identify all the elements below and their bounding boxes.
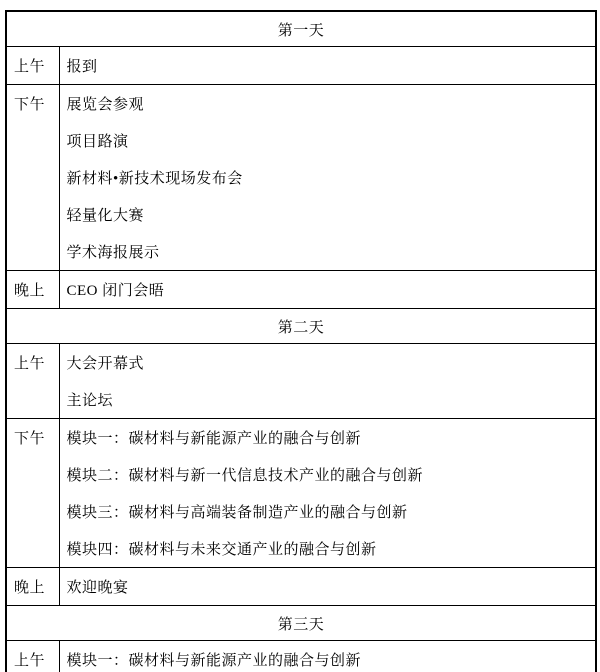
items-cell: 展览会参观项目路演新材料•新技术现场发布会轻量化大赛学术海报展示 [59, 85, 596, 271]
schedule-row: 上午报到 [6, 47, 596, 85]
day-header-row: 第一天 [6, 11, 596, 47]
items-cell: 模块一：碳材料与新能源产业的融合与创新 [59, 641, 596, 672]
schedule-item: 模块一：碳材料与新能源产业的融合与创新 [60, 419, 596, 456]
time-label: 上午 [7, 344, 59, 381]
time-cell: 上午 [6, 47, 59, 85]
schedule-row: 下午展览会参观项目路演新材料•新技术现场发布会轻量化大赛学术海报展示 [6, 85, 596, 271]
schedule-row: 晚上欢迎晚宴 [6, 568, 596, 606]
items-cell: 大会开幕式主论坛 [59, 344, 596, 419]
schedule-item: 欢迎晚宴 [60, 568, 596, 605]
schedule-row: 上午模块一：碳材料与新能源产业的融合与创新 [6, 641, 596, 672]
items-cell: 欢迎晚宴 [59, 568, 596, 606]
day-header-row: 第二天 [6, 309, 596, 344]
day-header: 第一天 [6, 11, 596, 47]
schedule-item: 模块二：碳材料与新一代信息技术产业的融合与创新 [60, 456, 596, 493]
items-cell: 模块一：碳材料与新能源产业的融合与创新模块二：碳材料与新一代信息技术产业的融合与… [59, 419, 596, 568]
schedule-table-container: 第一天上午报到下午展览会参观项目路演新材料•新技术现场发布会轻量化大赛学术海报展… [5, 10, 597, 672]
schedule-item: 项目路演 [60, 122, 596, 159]
time-cell: 上午 [6, 641, 59, 672]
schedule-item: 轻量化大赛 [60, 196, 596, 233]
schedule-body: 第一天上午报到下午展览会参观项目路演新材料•新技术现场发布会轻量化大赛学术海报展… [6, 11, 596, 672]
schedule-row: 晚上CEO 闭门会晤 [6, 271, 596, 309]
time-cell: 下午 [6, 419, 59, 568]
schedule-item: 展览会参观 [60, 85, 596, 122]
schedule-item: 模块一：碳材料与新能源产业的融合与创新 [60, 641, 596, 672]
schedule-item: 主论坛 [60, 381, 596, 418]
schedule-item: 报到 [60, 47, 596, 84]
schedule-item: 新材料•新技术现场发布会 [60, 159, 596, 196]
time-cell: 上午 [6, 344, 59, 419]
schedule-item: CEO 闭门会晤 [60, 271, 596, 308]
schedule-row: 上午大会开幕式主论坛 [6, 344, 596, 419]
schedule-item: 模块四：碳材料与未来交通产业的融合与创新 [60, 530, 596, 567]
day-header: 第二天 [6, 309, 596, 344]
time-label: 下午 [7, 85, 59, 122]
time-label: 上午 [7, 47, 59, 84]
time-label: 下午 [7, 419, 59, 456]
time-label: 晚上 [7, 271, 59, 308]
time-cell: 晚上 [6, 271, 59, 309]
time-label: 晚上 [7, 568, 59, 605]
time-cell: 下午 [6, 85, 59, 271]
day-header-row: 第三天 [6, 606, 596, 641]
schedule-item: 模块三：碳材料与高端装备制造产业的融合与创新 [60, 493, 596, 530]
time-label: 上午 [7, 641, 59, 672]
schedule-item: 学术海报展示 [60, 233, 596, 270]
day-header: 第三天 [6, 606, 596, 641]
items-cell: CEO 闭门会晤 [59, 271, 596, 309]
schedule-item: 大会开幕式 [60, 344, 596, 381]
time-cell: 晚上 [6, 568, 59, 606]
conference-schedule-table: 第一天上午报到下午展览会参观项目路演新材料•新技术现场发布会轻量化大赛学术海报展… [5, 10, 597, 672]
items-cell: 报到 [59, 47, 596, 85]
schedule-row: 下午模块一：碳材料与新能源产业的融合与创新模块二：碳材料与新一代信息技术产业的融… [6, 419, 596, 568]
